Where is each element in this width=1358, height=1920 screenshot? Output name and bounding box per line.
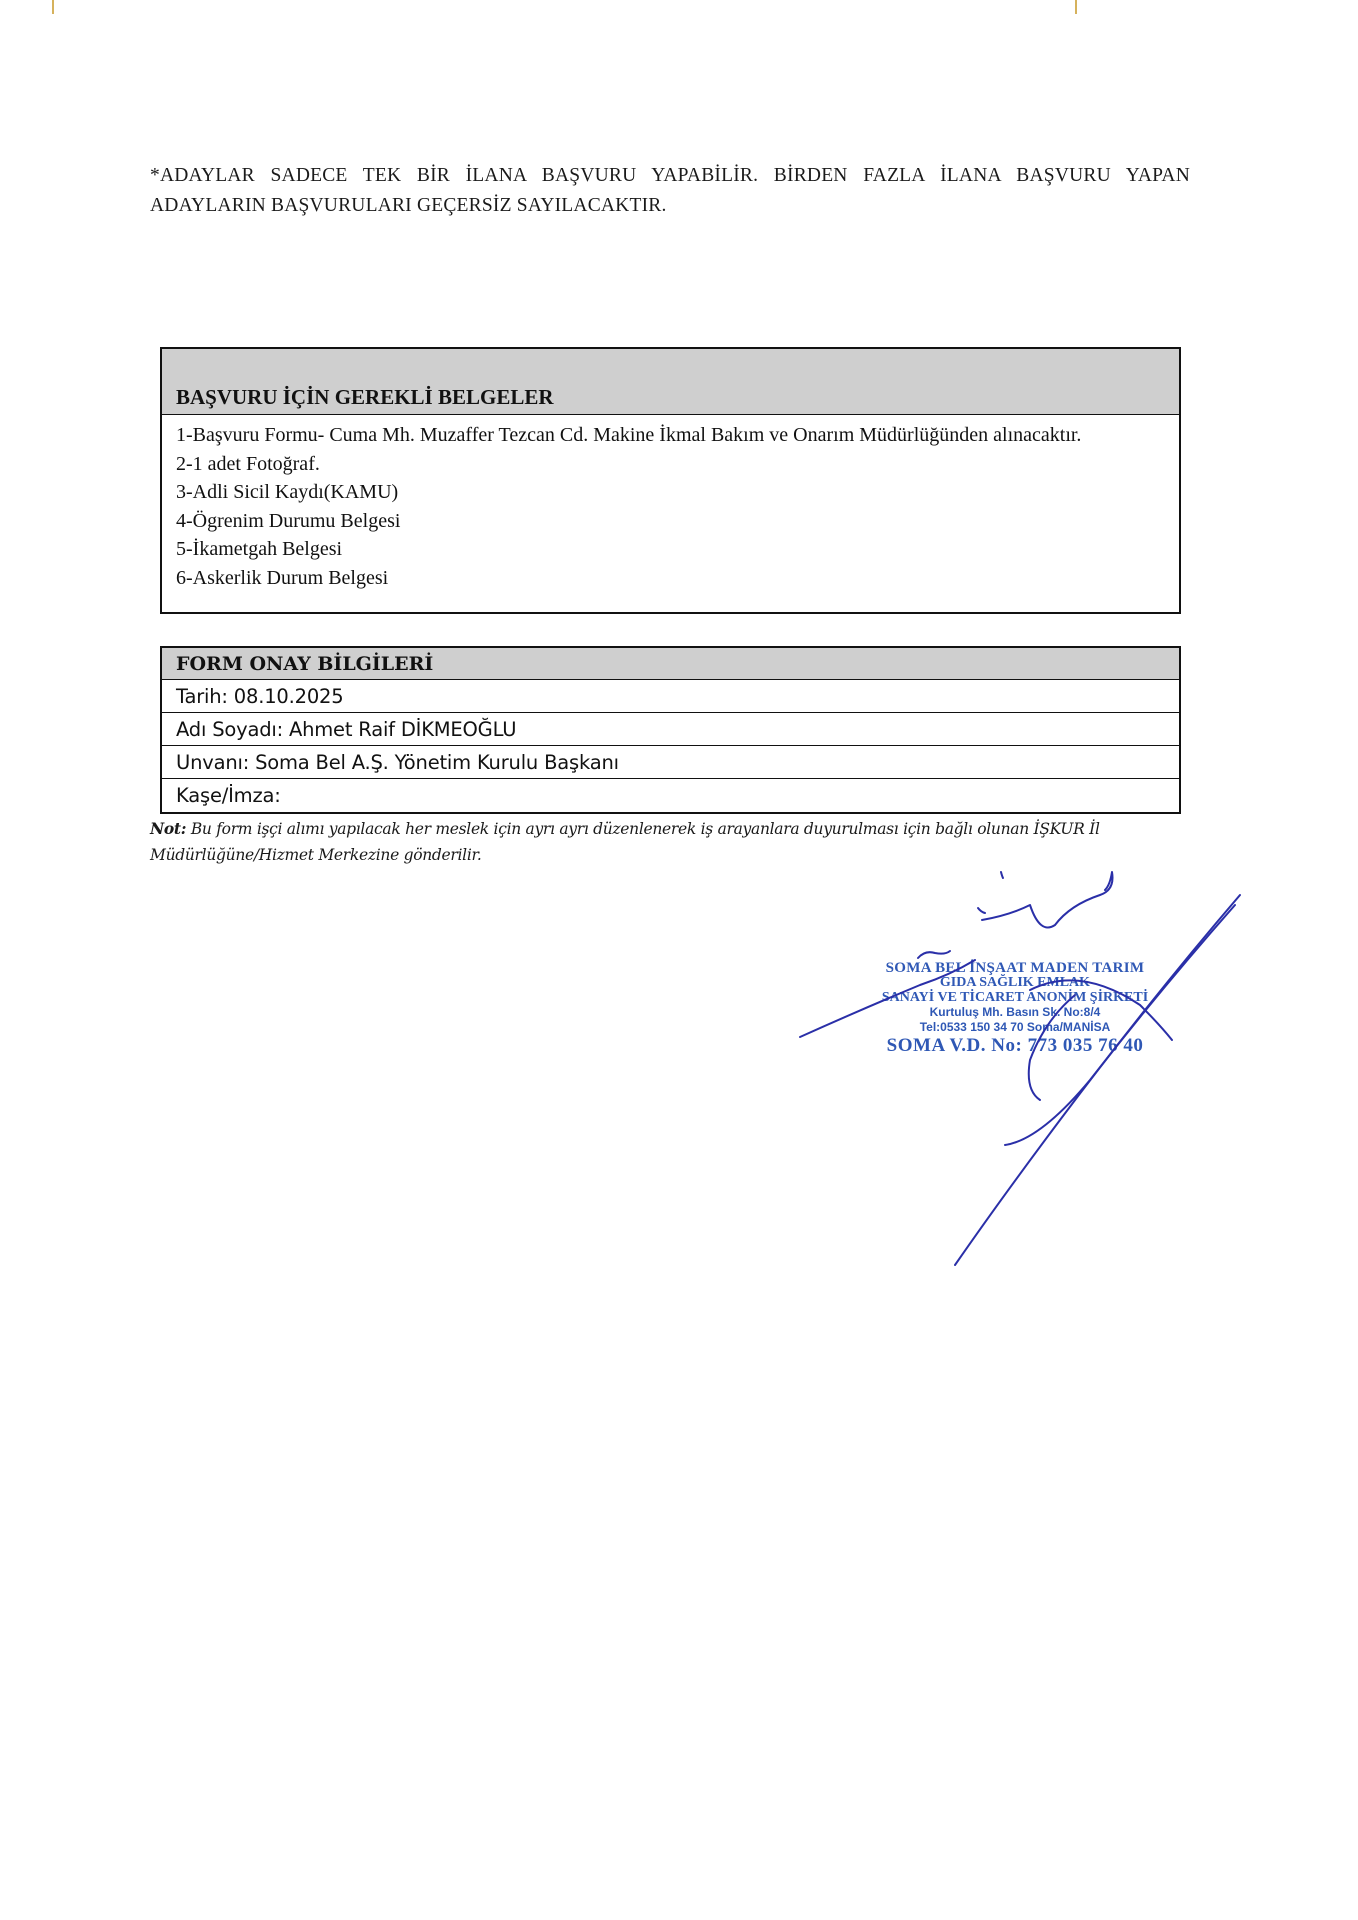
document-item: 5-İkametgah Belgesi: [176, 535, 1165, 564]
approval-title: Unvanı: Soma Bel A.Ş. Yönetim Kurulu Baş…: [162, 746, 1179, 779]
document-item: 6-Askerlik Durum Belgesi: [176, 564, 1165, 593]
document-item: 2-1 adet Fotoğraf.: [176, 450, 1165, 479]
stamp-line-address: Kurtuluş Mh. Basın Sk. No:8/4: [850, 1005, 1180, 1020]
approval-stamp-signature: Kaşe/İmza:: [162, 779, 1179, 812]
form-approval-title: FORM ONAY BİLGİLERİ: [162, 648, 1179, 680]
stamp-line-type: SANAYİ VE TİCARET ANONİM ŞİRKETİ: [850, 990, 1180, 1005]
required-documents-title: BAŞVURU İÇİN GEREKLİ BELGELER: [162, 349, 1179, 415]
scan-mark-left: [52, 0, 54, 14]
footnote: Not: Bu form işçi alımı yapılacak her me…: [150, 816, 1190, 868]
required-documents-box: BAŞVURU İÇİN GEREKLİ BELGELER 1-Başvuru …: [160, 347, 1181, 614]
footnote-label: Not:: [150, 819, 186, 838]
footnote-text: Bu form işçi alımı yapılacak her meslek …: [150, 820, 1100, 864]
form-approval-box: FORM ONAY BİLGİLERİ Tarih: 08.10.2025 Ad…: [160, 646, 1181, 814]
company-stamp: SOMA BEL İNŞAAT MADEN TARIM GIDA SAĞLIK …: [850, 960, 1180, 1057]
document-item: 1-Başvuru Formu- Cuma Mh. Muzaffer Tezca…: [176, 421, 1165, 450]
stamp-line-tax-no: SOMA V.D. No: 773 035 76 40: [850, 1035, 1180, 1057]
approval-date: Tarih: 08.10.2025: [162, 680, 1179, 713]
stamp-line-sectors: GIDA SAĞLIK EMLAK: [850, 976, 1180, 990]
stamp-line-company: SOMA BEL İNŞAAT MADEN TARIM: [850, 960, 1180, 976]
required-documents-list: 1-Başvuru Formu- Cuma Mh. Muzaffer Tezca…: [162, 415, 1179, 612]
document-item: 3-Adli Sicil Kaydı(KAMU): [176, 478, 1165, 507]
scan-mark-right: [1075, 0, 1077, 14]
stamp-line-phone: Tel:0533 150 34 70 Soma/MANİSA: [850, 1020, 1180, 1035]
approval-name: Adı Soyadı: Ahmet Raif DİKMEOĞLU: [162, 713, 1179, 746]
document-item: 4-Ögrenim Durumu Belgesi: [176, 507, 1165, 536]
single-application-notice: *ADAYLAR SADECE TEK BİR İLANA BAŞVURU YA…: [150, 161, 1190, 221]
